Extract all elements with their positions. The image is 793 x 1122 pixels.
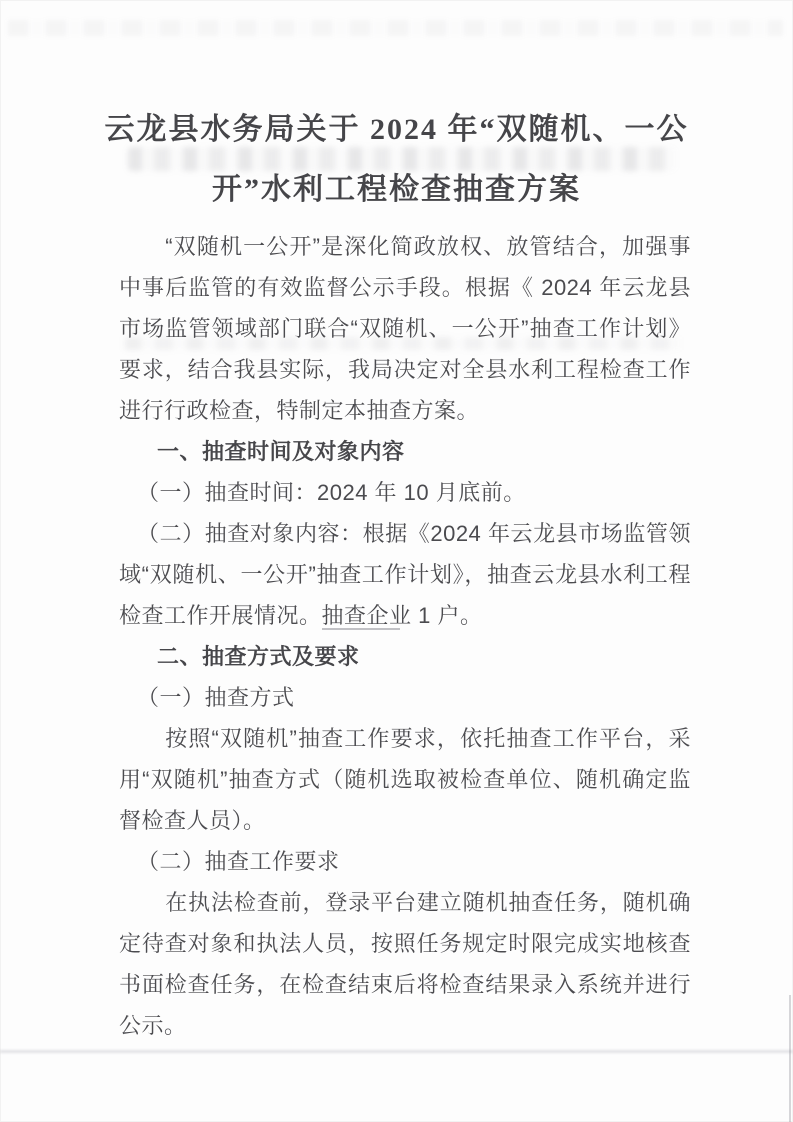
- scan-streak-artifact: [0, 1050, 793, 1053]
- scan-edge-line-artifact: [789, 995, 791, 1122]
- scanned-document-page: 云龙县水务局关于 2024 年“双随机、一公 开”水利工程检查抽查方案 “双随机…: [0, 0, 793, 1122]
- intro-paragraph: “双随机一公开”是深化简政放权、放管结合，加强事中事后监管的有效监督公示手段。根…: [119, 226, 691, 431]
- section-2-sub2-paragraph: 在执法检查前，登录平台建立随机抽查任务，随机确定待查对象和执法人员，按照任务规定…: [119, 882, 691, 1046]
- section-2-subheading-1: （一）抽查方式: [119, 677, 691, 718]
- section-1-item-2: （二）抽查对象内容：根据《2024 年云龙县市场监管领域“双随机、一公开”抽查工…: [119, 513, 691, 636]
- section-1-heading: 一、抽查时间及对象内容: [119, 431, 691, 472]
- document-body: “双随机一公开”是深化简政放权、放管结合，加强事中事后监管的有效监督公示手段。根…: [119, 226, 691, 1046]
- section-1-item-1: （一）抽查时间：2024 年 10 月底前。: [119, 472, 691, 513]
- document-title: 云龙县水务局关于 2024 年“双随机、一公 开”水利工程检查抽查方案: [60, 100, 733, 220]
- document-title-line-2: 开”水利工程检查抽查方案: [60, 160, 733, 220]
- section-2-heading: 二、抽查方式及要求: [119, 636, 691, 677]
- document-title-line-1: 云龙县水务局关于 2024 年“双随机、一公: [60, 100, 733, 160]
- scan-noise-artifact: [8, 20, 783, 36]
- section-2-subheading-2: （二）抽查工作要求: [119, 841, 691, 882]
- section-2-sub1-paragraph: 按照“双随机”抽查工作要求，依托抽查工作平台，采用“双随机”抽查方式（随机选取被…: [119, 718, 691, 841]
